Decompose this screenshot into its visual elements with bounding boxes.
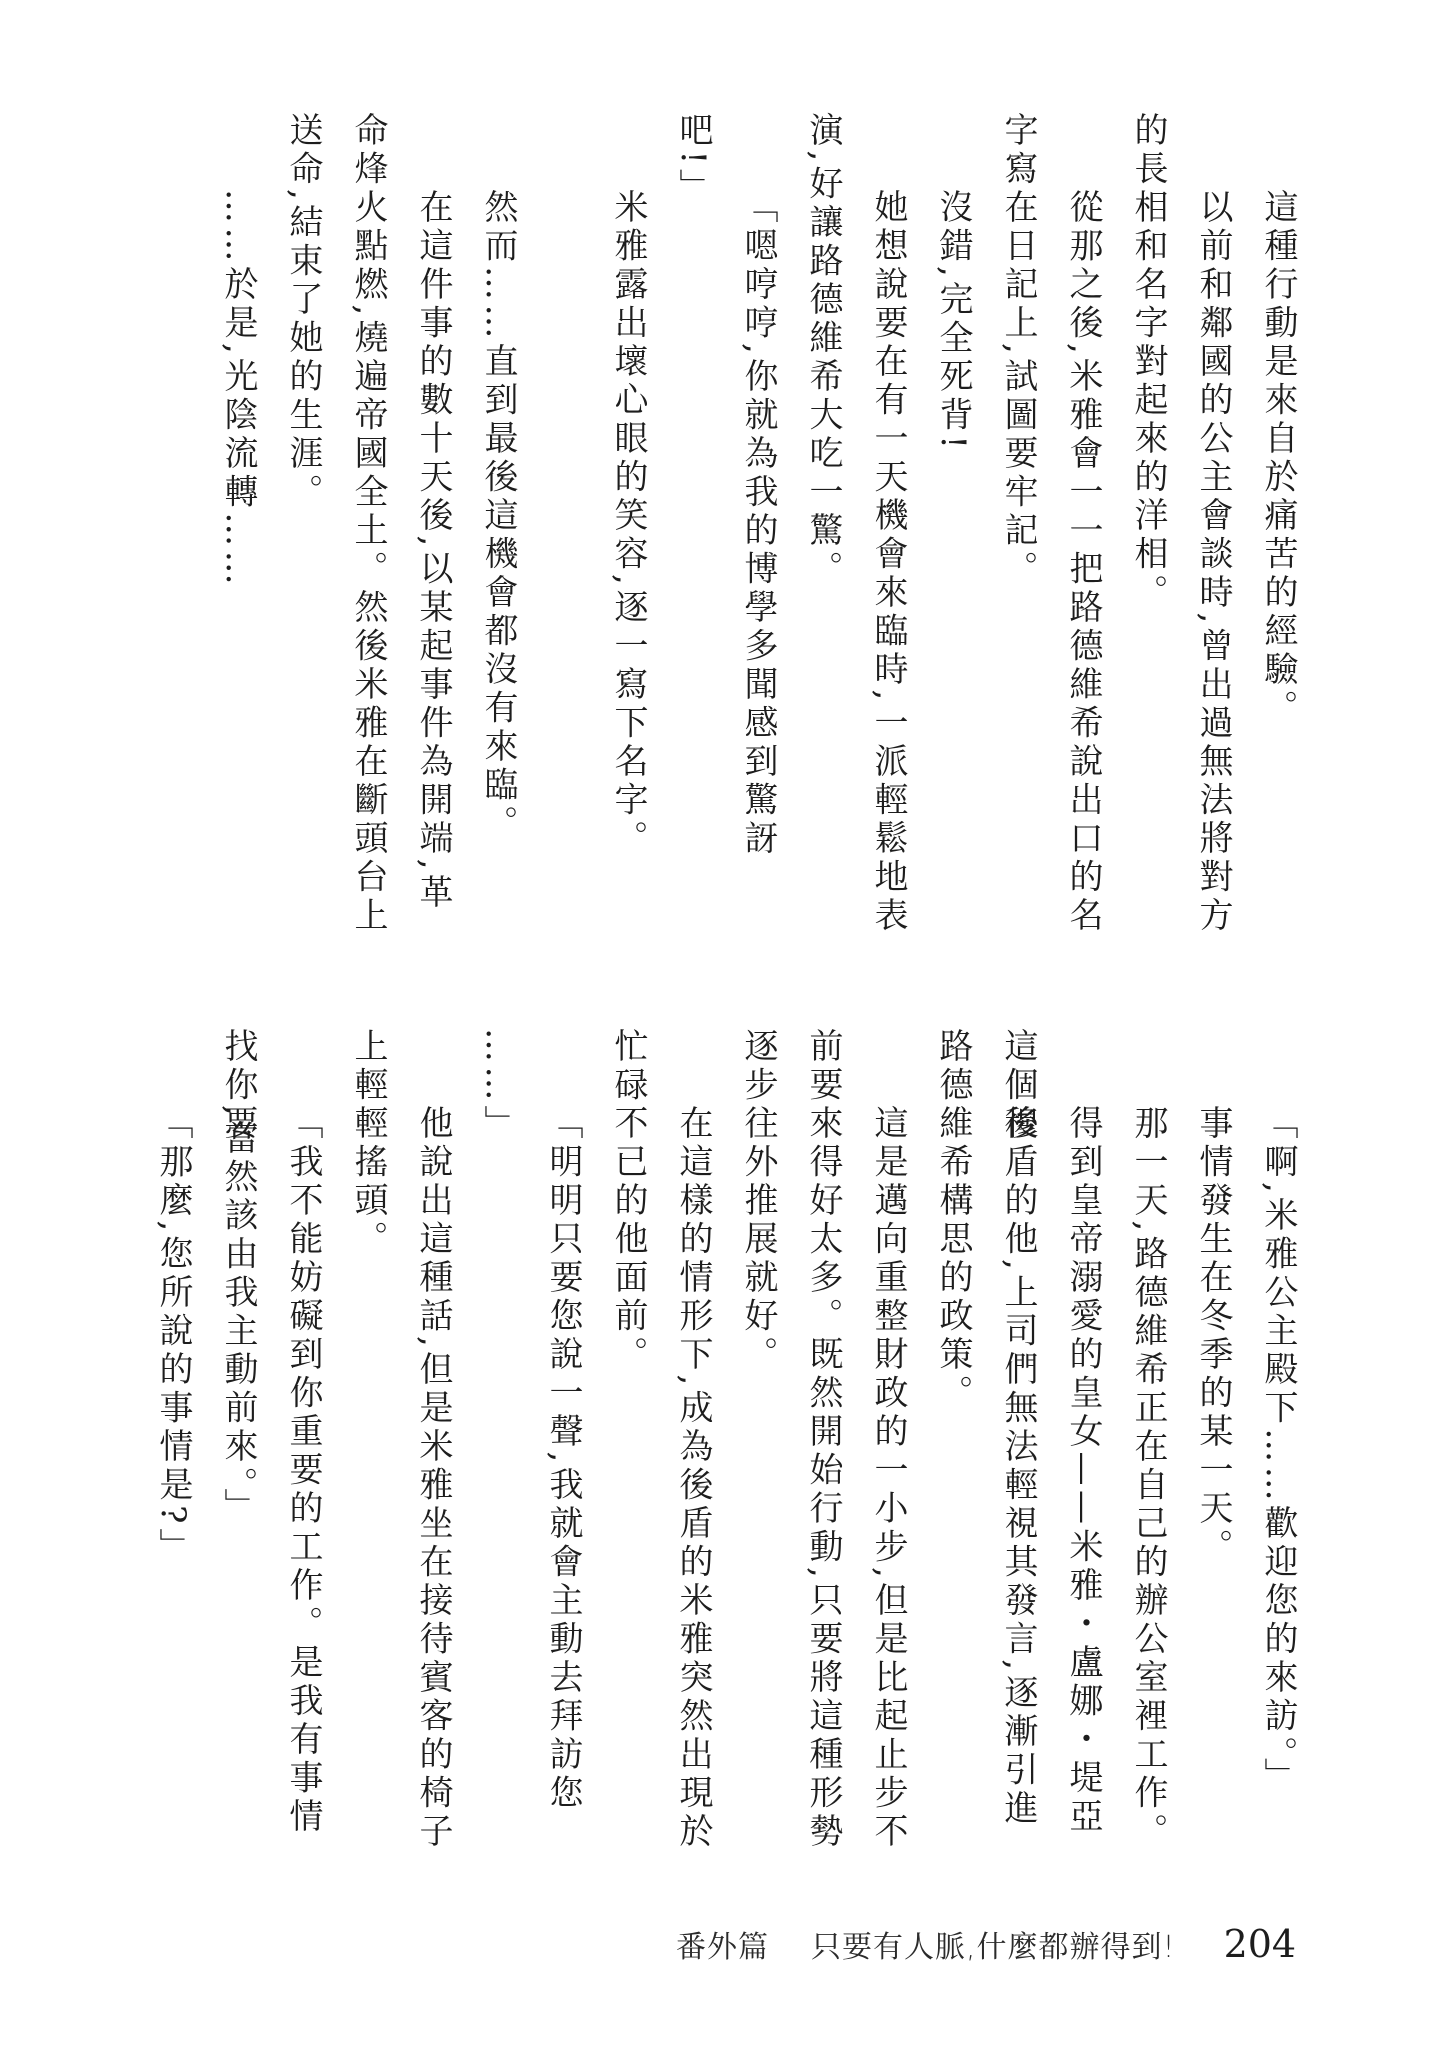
text-line: 路德維希構思的政策。 (920, 1028, 985, 1868)
text-line: 送命,結束了她的生涯。 (270, 112, 335, 952)
text-line: 「我不能妨礙到你重要的工作。是我有事情要 (270, 1028, 335, 1868)
text-line: 字寫在日記上,試圖要牢記。 (985, 112, 1050, 952)
text-line: 她想說要在有一天機會來臨時,一派輕鬆地表 (855, 112, 920, 952)
text-line: 這種行動是來自於痛苦的經驗。 (1245, 112, 1310, 952)
top-text-block: 這種行動是來自於痛苦的經驗。以前和鄰國的公主會談時,曾出過無法將對方的長相和名字… (205, 112, 1310, 952)
text-line: 「嗯哼哼,你就為我的博學多聞感到驚訝 (725, 112, 790, 952)
footer-section-label: 番外篇 (676, 1922, 769, 1966)
text-line: 逐步往外推展就好。 (725, 1028, 790, 1868)
text-line: 忙碌不已的他面前。 (595, 1028, 660, 1868)
text-line: 在這樣的情形下,成為後盾的米雅突然出現於 (660, 1028, 725, 1868)
page-number: 204 (1224, 1922, 1297, 1966)
blank-line (530, 112, 595, 952)
text-line: ……」 (465, 1028, 530, 1868)
page-footer: 番外篇 只要有人脈,什麼都辦得到! 204 (676, 1922, 1296, 1966)
book-page: 這種行動是來自於痛苦的經驗。以前和鄰國的公主會談時,曾出過無法將對方的長相和名字… (0, 0, 1440, 2048)
text-line: 然而……直到最後這機會都沒有來臨。 (465, 112, 530, 952)
text-line: ……於是,光陰流轉…… (205, 112, 270, 952)
text-line: 以前和鄰國的公主會談時,曾出過無法將對方 (1180, 112, 1245, 952)
text-line: 事情發生在冬季的某一天。 (1180, 1028, 1245, 1868)
text-line: 上輕輕搖頭。 (335, 1028, 400, 1868)
text-line: 演,好讓路德維希大吃一驚。 (790, 112, 855, 952)
footer-chapter-title: 只要有人脈,什麼都辦得到! (811, 1922, 1176, 1966)
text-line: 在這件事的數十天後,以某起事件為開端,革 (400, 112, 465, 952)
text-line: 沒錯,完全死背! (920, 112, 985, 952)
text-line: 找你,當然該由我主動前來。」 (205, 1028, 270, 1868)
text-line: 前要來得好太多。既然開始行動,只要將這種形勢 (790, 1028, 855, 1868)
text-line: 這是邁向重整財政的一小步,但是比起止步不 (855, 1028, 920, 1868)
text-line: 這個後盾的他,上司們無法輕視其發言,逐漸引進 (985, 1028, 1050, 1868)
text-line: 從那之後,米雅會一一把路德維希說出口的名 (1050, 112, 1115, 952)
bottom-text-block: 「啊,米雅公主殿下……歡迎您的來訪。」事情發生在冬季的某一天。那一天,路德維希正… (140, 1028, 1310, 1868)
text-line: 命烽火點燃,燒遍帝國全土。然後米雅在斷頭台上 (335, 112, 400, 952)
text-line: 那一天,路德維希正在自己的辦公室裡工作。 (1115, 1028, 1180, 1868)
text-line: 吧!」 (660, 112, 725, 952)
text-line: 得到皇帝溺愛的皇女——米雅・盧娜・堤亞穆 (1050, 1028, 1115, 1868)
text-line: 米雅露出壞心眼的笑容,逐一寫下名字。 (595, 112, 660, 952)
text-line: 「那麼,您所說的事情是?」 (140, 1028, 205, 1868)
text-line: 他說出這種話,但是米雅坐在接待賓客的椅子 (400, 1028, 465, 1868)
text-line: 「明明只要您說一聲,我就會主動去拜訪您 (530, 1028, 595, 1868)
text-line: 的長相和名字對起來的洋相。 (1115, 112, 1180, 952)
text-line: 「啊,米雅公主殿下……歡迎您的來訪。」 (1245, 1028, 1310, 1868)
